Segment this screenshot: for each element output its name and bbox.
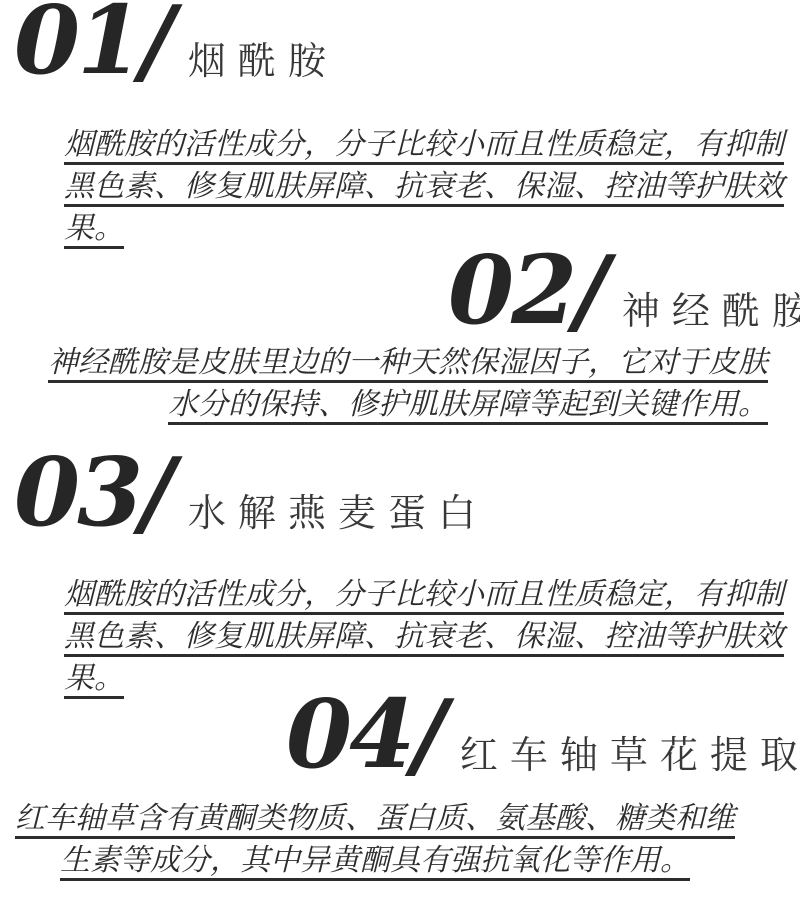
section-01-paragraph: 烟酰胺的活性成分，分子比较小而且性质稳定，有抑制 黑色素、修复肌肤屏障、抗衰老、… (64, 124, 756, 250)
section-02-header: 02/ 神经酰胺 (448, 246, 800, 336)
paragraph-line: 黑色素、修复肌肤屏障、抗衰老、保湿、控油等护肤效 (64, 616, 756, 658)
section-01-header: 01/ 烟酰胺 (14, 0, 338, 86)
paragraph-line: 红车轴草含有黄酮类物质、蛋白质、氨基酸、糖类和维 (0, 798, 750, 840)
section-04-number: 04/ (286, 690, 444, 780)
section-04-title: 红车轴草花提取物 (460, 736, 800, 774)
paragraph-line: 生素等成分，其中异黄酮具有强抗氧化等作用。 (0, 840, 750, 882)
section-02-number: 02/ (448, 246, 606, 336)
section-01-number: 01/ (14, 0, 172, 86)
section-04-paragraph: 红车轴草含有黄酮类物质、蛋白质、氨基酸、糖类和维 生素等成分，其中异黄酮具有强抗… (0, 798, 750, 882)
section-03-number: 03/ (14, 448, 172, 538)
section-04-header: 04/ 红车轴草花提取物 (286, 690, 800, 780)
section-03-header: 03/ 水解燕麦蛋白 (14, 448, 488, 538)
paragraph-line: 神经酰胺是皮肤里边的一种天然保湿因子，它对于皮肤 (0, 342, 768, 384)
paragraph-line: 烟酰胺的活性成分，分子比较小而且性质稳定，有抑制 (64, 574, 756, 616)
ingredient-list-page: 01/ 烟酰胺 烟酰胺的活性成分，分子比较小而且性质稳定，有抑制 黑色素、修复肌… (0, 0, 800, 900)
section-01-title: 烟酰胺 (188, 42, 338, 80)
section-02-paragraph: 神经酰胺是皮肤里边的一种天然保湿因子，它对于皮肤 水分的保持、修护肌肤屏障等起到… (0, 342, 768, 426)
paragraph-line: 果。 (64, 208, 756, 250)
paragraph-line: 黑色素、修复肌肤屏障、抗衰老、保湿、控油等护肤效 (64, 166, 756, 208)
section-03-title: 水解燕麦蛋白 (188, 494, 488, 532)
section-02-title: 神经酰胺 (622, 292, 800, 330)
paragraph-line: 烟酰胺的活性成分，分子比较小而且性质稳定，有抑制 (64, 124, 756, 166)
paragraph-line: 水分的保持、修护肌肤屏障等起到关键作用。 (0, 384, 768, 426)
